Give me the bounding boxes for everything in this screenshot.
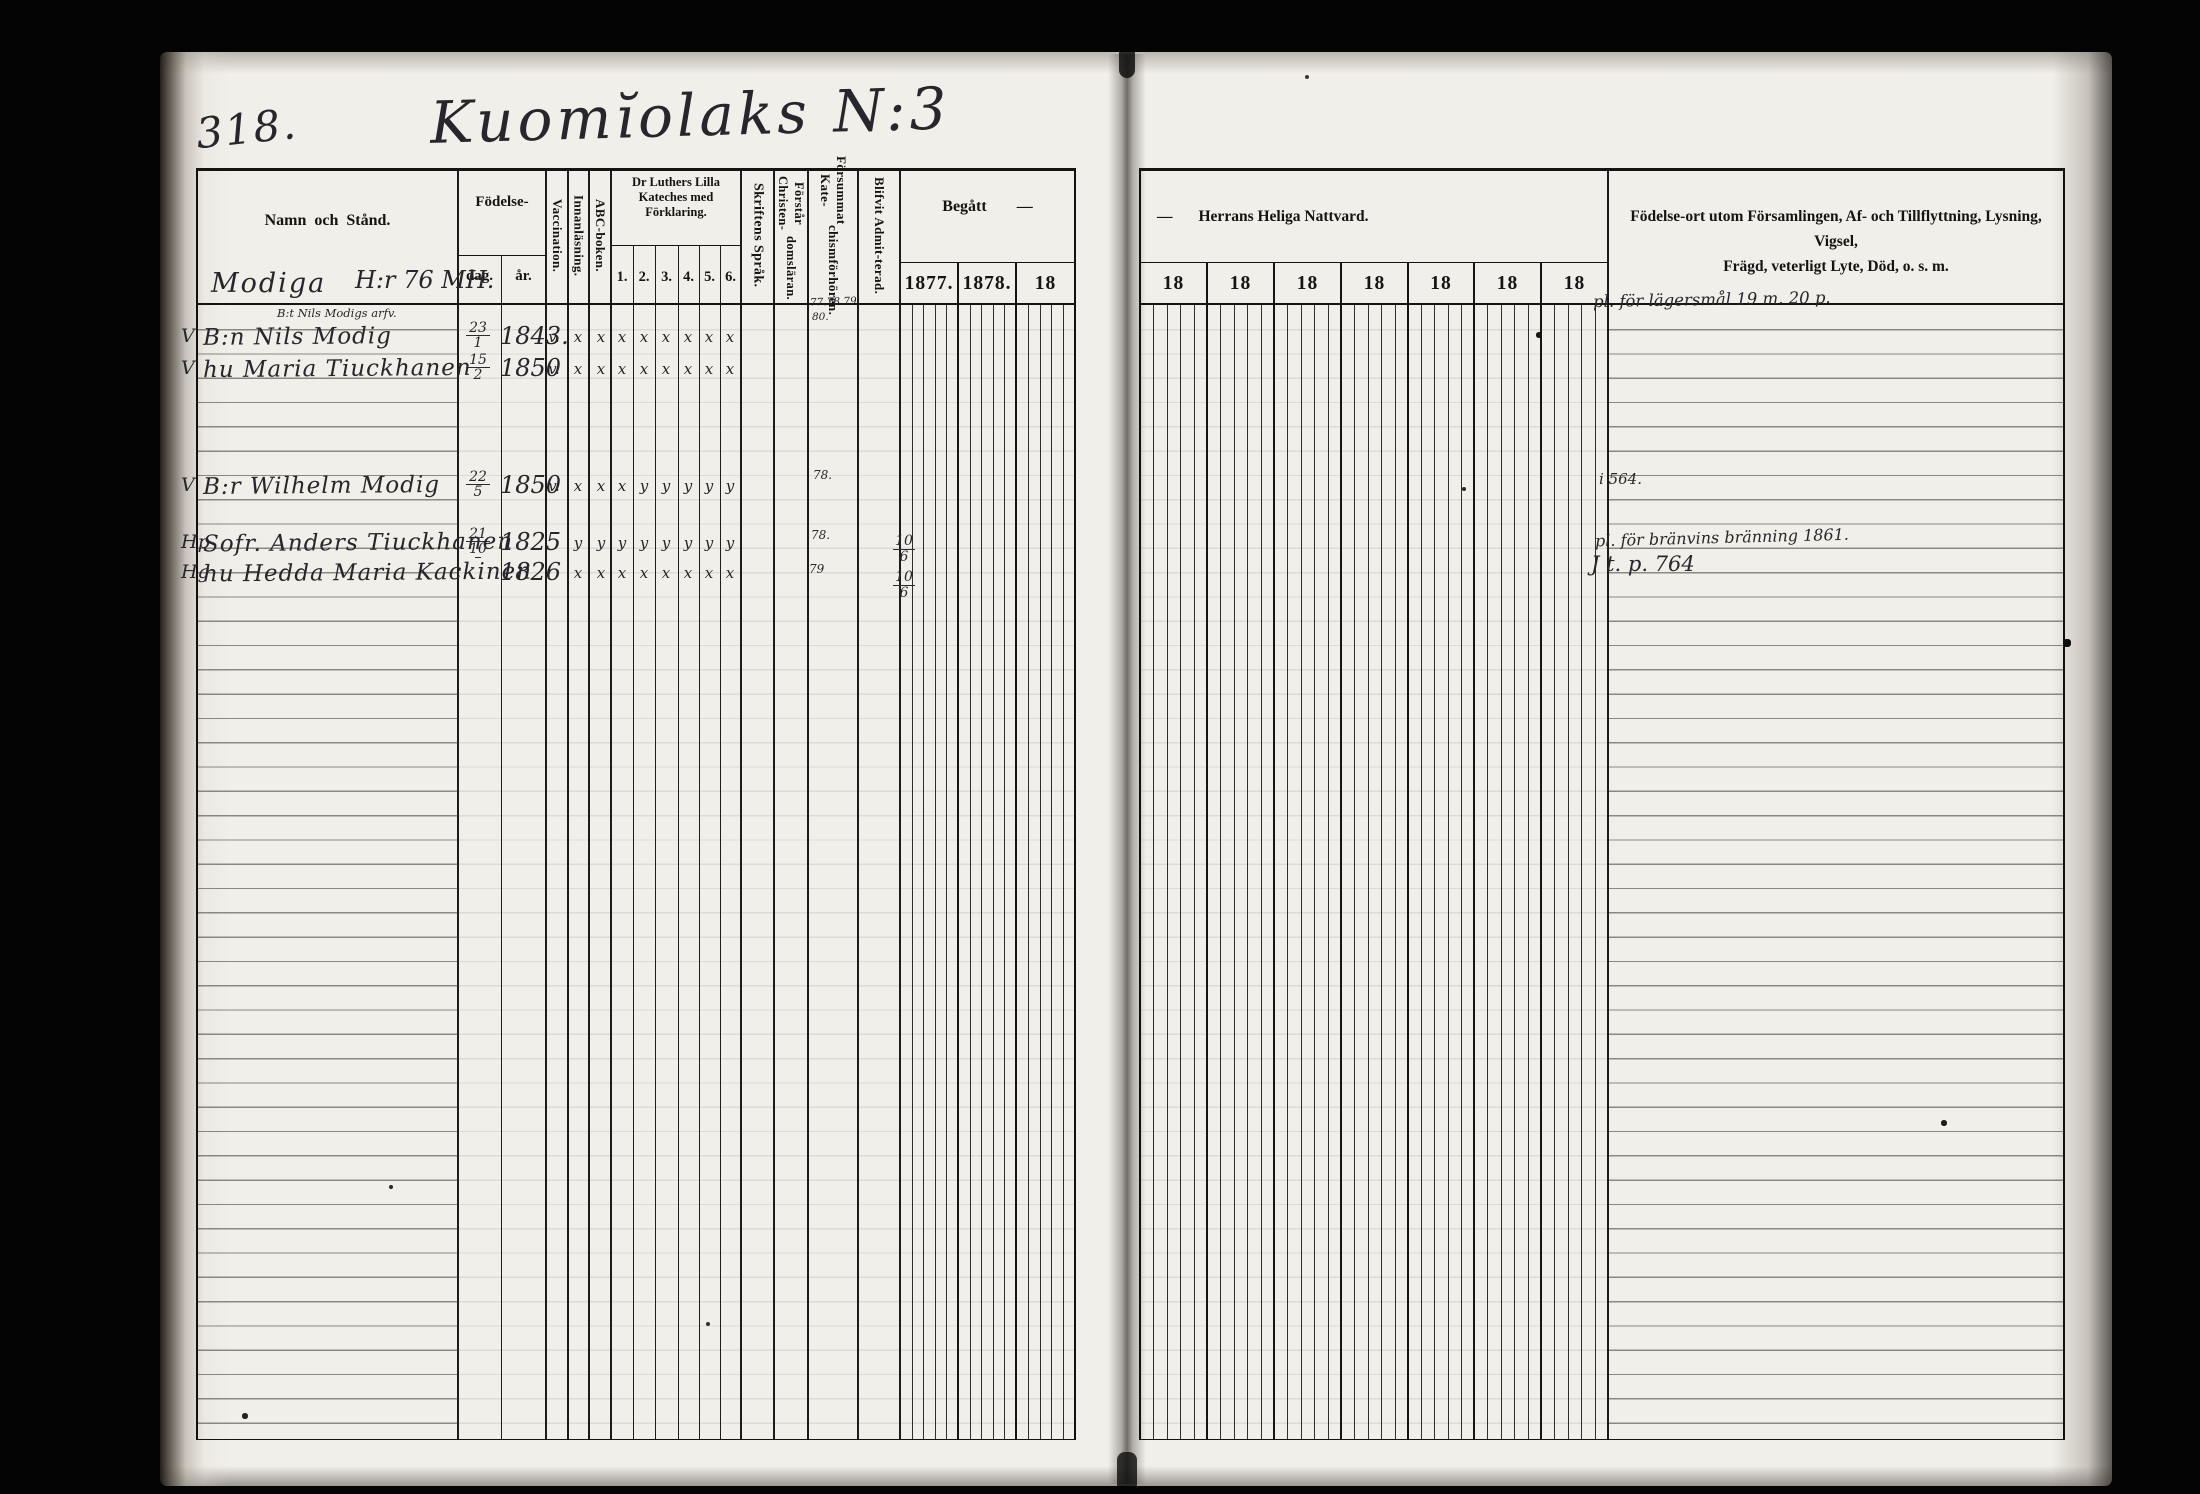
exam-mark: x [655, 360, 677, 378]
grid-line [197, 168, 1075, 171]
exam-mark: y [698, 477, 720, 495]
grid-line [458, 255, 546, 256]
notes-header-line2: Frägd, veterligt Lyte, Död, o. s. m. [1723, 258, 1949, 275]
col-header-catechism: Dr Luthers Lilla Kateches med Förklaring… [611, 175, 741, 220]
exam-mark: x [633, 564, 655, 582]
day-numerator [475, 557, 481, 558]
exam-mark: x [611, 328, 633, 346]
margin-mark: V [181, 325, 195, 347]
exam-mark: x [655, 564, 677, 582]
begatt-dash: — [1017, 198, 1033, 216]
exam-mark: x [567, 360, 589, 378]
exam-mark: v. [543, 328, 565, 346]
admitted-date-fraction: 106 [891, 570, 917, 601]
record-row: Hg hu Hedda Maria Kackinen 1826 xxxxxxxx [197, 560, 817, 594]
exam-mark: x [590, 477, 612, 495]
exam-mark: y [719, 477, 741, 495]
year-header-cell: 1877. [900, 265, 958, 303]
exam-mark: y [719, 534, 741, 552]
exam-mark: y [677, 477, 699, 495]
scanned-book-spread: 318. Kuomĭolaks N:3 Namn och Stånd. Föde… [0, 0, 2200, 1494]
year-header-cell: 18 [1408, 265, 1474, 303]
exam-mark: y [633, 477, 655, 495]
nattvard-label: Herrans Heliga Nattvard. [1199, 208, 1369, 226]
exam-mark: x [655, 328, 677, 346]
year-header-cell: 18 [1140, 265, 1207, 303]
begatt-label: Begått [942, 198, 986, 216]
exam-mark: x [611, 360, 633, 378]
grid-line [900, 262, 1075, 263]
record-row: V hu Maria Tiuckhanen 152 1850 v.xxxxxxx… [197, 356, 817, 390]
col-header-begatt: Begått — [900, 198, 1075, 216]
col-header-notes: Födelse-ort utom Församlingen, Af- och T… [1608, 204, 2064, 279]
exam-mark: x [677, 564, 699, 582]
household-ref: H:r 76 MH. [355, 266, 494, 294]
admitted-denominator: 6 [900, 550, 909, 565]
admitted-date-fraction: 106 [891, 534, 917, 565]
record-table: Namn och Stånd. Födelse- dag. år. Vaccin… [197, 168, 2064, 1440]
exam-mark: x [698, 564, 720, 582]
col-header-script: Skriftens Språk. [741, 171, 774, 300]
missed-years-note: 78. [813, 468, 832, 482]
missed-years-note: 79 [809, 562, 824, 576]
exam-mark: x [611, 477, 633, 495]
margin-note: J t. p. 764 [1591, 552, 1695, 576]
year-header-cell: 1878. [958, 265, 1016, 303]
col-header-nattvard: — Herrans Heliga Nattvard. [1157, 208, 1369, 226]
admitted-line2: terad. [871, 259, 887, 294]
year-header-cell: 18 [1274, 265, 1341, 303]
household-subnote: B:t Nils Modigs arfv. [277, 306, 397, 320]
catechism-subcol-number: 5. [699, 269, 720, 286]
scan-specks [0, 0, 2, 2]
grid-line [611, 245, 741, 246]
exam-marks: v.xxxyyyyy [197, 473, 817, 507]
catechism-subcol-number: 6. [720, 269, 741, 286]
missed-years-note: 78. [811, 528, 830, 542]
year-header-cell: 18 [1474, 265, 1541, 303]
exam-mark: x [677, 360, 699, 378]
understands-line1: Förstår Christen- [775, 171, 807, 236]
admitted-numerator: 10 [893, 534, 915, 550]
exam-mark: x [698, 328, 720, 346]
birth-day-fraction [459, 557, 497, 558]
exam-mark: v. [543, 477, 565, 495]
col-header-understands: Förstår Christen- domsläran. [774, 171, 808, 300]
nattvard-dash: — [1157, 208, 1173, 226]
year-header-cell: 18 [1341, 265, 1408, 303]
household-name: Modiga [211, 268, 326, 299]
col-header-birth-year: år. [501, 268, 546, 285]
col-header-admitted: Blifvit Admit- terad. [858, 171, 900, 300]
grid-line [1140, 262, 1608, 263]
exam-mark: y [677, 534, 699, 552]
exam-mark: x [590, 360, 612, 378]
catechism-subcol-number: 3. [655, 269, 678, 286]
ruled-lines-grid-right [1140, 303, 1608, 1440]
exam-mark: y [590, 534, 612, 552]
catechism-subcol-number: 1. [611, 269, 633, 286]
exam-mark: y [611, 534, 633, 552]
col-header-birth: Födelse- [458, 194, 546, 211]
catechism-subcol-number: 4. [678, 269, 699, 286]
exam-mark: x [677, 328, 699, 346]
exam-mark: y [698, 534, 720, 552]
catechism-subcol-number: 2. [633, 269, 655, 286]
exam-mark: x [611, 564, 633, 582]
exam-mark: y [655, 477, 677, 495]
ruled-lines-notes-column [1609, 303, 2063, 1440]
record-row: V B:r Wilhelm Modig 225 1850 v.xxxyyyyy [197, 473, 817, 507]
admitted-line1: Blifvit Admit- [871, 177, 887, 260]
grid-line [1140, 168, 2064, 171]
grid-line [2063, 168, 2066, 1440]
fold-shadow-top [1119, 52, 1135, 78]
exam-mark: x [567, 477, 589, 495]
exam-mark: y [655, 534, 677, 552]
exam-mark: x [719, 360, 741, 378]
exam-mark: x [633, 328, 655, 346]
fold-shadow-bottom [1117, 1452, 1137, 1486]
missed-line1: Försummat Kate- [817, 156, 849, 225]
col-header-name: Namn och Stånd. [197, 212, 458, 230]
missed-years-note: 77.78.79 [810, 295, 857, 309]
exam-mark: v. [543, 360, 565, 378]
exam-mark: x [590, 564, 612, 582]
exam-mark: x [719, 564, 741, 582]
margin-mark: V [181, 474, 195, 496]
exam-mark: x [698, 360, 720, 378]
notes-header-line1: Födelse-ort utom Församlingen, Af- och T… [1630, 208, 2042, 250]
record-row: V B:n Nils Modig 231 1843. v.xxxxxxxx [197, 324, 817, 358]
exam-mark: x [567, 564, 589, 582]
exam-marks: v.xxxxxxxx [197, 356, 817, 390]
understands-line2: domsläran. [783, 236, 799, 300]
admitted-denominator: 6 [900, 586, 909, 601]
exam-mark: y [567, 534, 589, 552]
margin-mark: V [181, 357, 195, 379]
exam-marks: xxxxxxxx [197, 560, 817, 594]
admitted-numerator: 10 [893, 570, 915, 586]
col-header-vaccination: Vaccination. [546, 171, 568, 300]
year-header-cell: 18 [1016, 265, 1075, 303]
exam-mark: x [590, 328, 612, 346]
exam-mark: x [719, 328, 741, 346]
exam-mark: y [633, 534, 655, 552]
missed-years-note: 80. [812, 311, 829, 323]
year-header-cell: 18 [1207, 265, 1274, 303]
exam-mark: x [633, 360, 655, 378]
col-header-abc-book: ABC-boken. [589, 171, 611, 300]
margin-note: i 564. [1599, 470, 1642, 488]
exam-mark: x [567, 328, 589, 346]
col-header-reading: Innanläsning. [568, 171, 589, 300]
col-header-missed-catechism: Försummat Kate- chismförhören. [808, 171, 858, 300]
exam-marks: v.xxxxxxxx [197, 324, 817, 358]
